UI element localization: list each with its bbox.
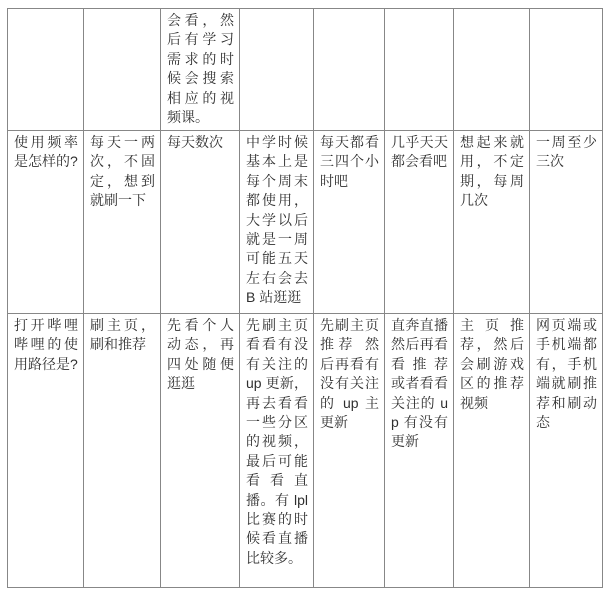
table-cell-answer: 每天一两次，不固定，想到就刷一下 [84,131,161,314]
table-row-continuation: 会看，然后有学习需求的时候会搜索相应的视频课。 [8,9,603,131]
document-page: 会看，然后有学习需求的时候会搜索相应的视频课。 使用频率是怎样的? 每天一两次，… [0,0,610,595]
table-cell-answer: 每天数次 [161,131,240,314]
table-row-usage-frequency: 使用频率是怎样的? 每天一两次，不固定，想到就刷一下 每天数次 中学时候基本上是… [8,131,603,314]
table-cell-answer: 先刷主页看看有没有关注的 up 更新，再去看看一些分区的视频，最后可能看看直播。… [240,314,314,588]
table-cell-question: 使用频率是怎样的? [8,131,84,314]
table-cell [240,9,314,131]
table-cell-answer: 网页端或手机端都有，手机端就刷推荐和刷动态 [530,314,603,588]
interview-table: 会看，然后有学习需求的时候会搜索相应的视频课。 使用频率是怎样的? 每天一两次，… [7,8,603,588]
table-cell-answer: 先刷主页推荐 然后再看有没有关注的 up 主更新 [314,314,385,588]
table-cell-answer: 想起来就用，不定期，每周几次 [454,131,530,314]
table-cell-carryover-answer: 会看，然后有学习需求的时候会搜索相应的视频课。 [161,9,240,131]
table-cell [530,9,603,131]
table-cell [84,9,161,131]
table-cell-answer: 直奔直播 然后再看看推荐 或者看看关注的 up 有没有更新 [385,314,454,588]
table-cell-answer: 一周至少三次 [530,131,603,314]
table-cell-answer: 主页推荐，然后会刷游戏区的推荐视频 [454,314,530,588]
table-cell [314,9,385,131]
table-cell-answer: 几乎天天都会看吧 [385,131,454,314]
table-cell-answer: 每天都看三四个小时吧 [314,131,385,314]
table-cell [454,9,530,131]
table-cell-question: 打开哔哩哔哩的使用路径是? [8,314,84,588]
table-cell [8,9,84,131]
table-cell-answer: 先看个人动态，再四处随便逛逛 [161,314,240,588]
table-row-open-path: 打开哔哩哔哩的使用路径是? 刷主页，刷和推荐 先看个人动态，再四处随便逛逛 先刷… [8,314,603,588]
table-cell-answer: 刷主页，刷和推荐 [84,314,161,588]
table-cell-answer: 中学时候基本上是每个周末都使用，大学以后就是一周可能五天左右会去 B 站逛逛 [240,131,314,314]
table-cell [385,9,454,131]
